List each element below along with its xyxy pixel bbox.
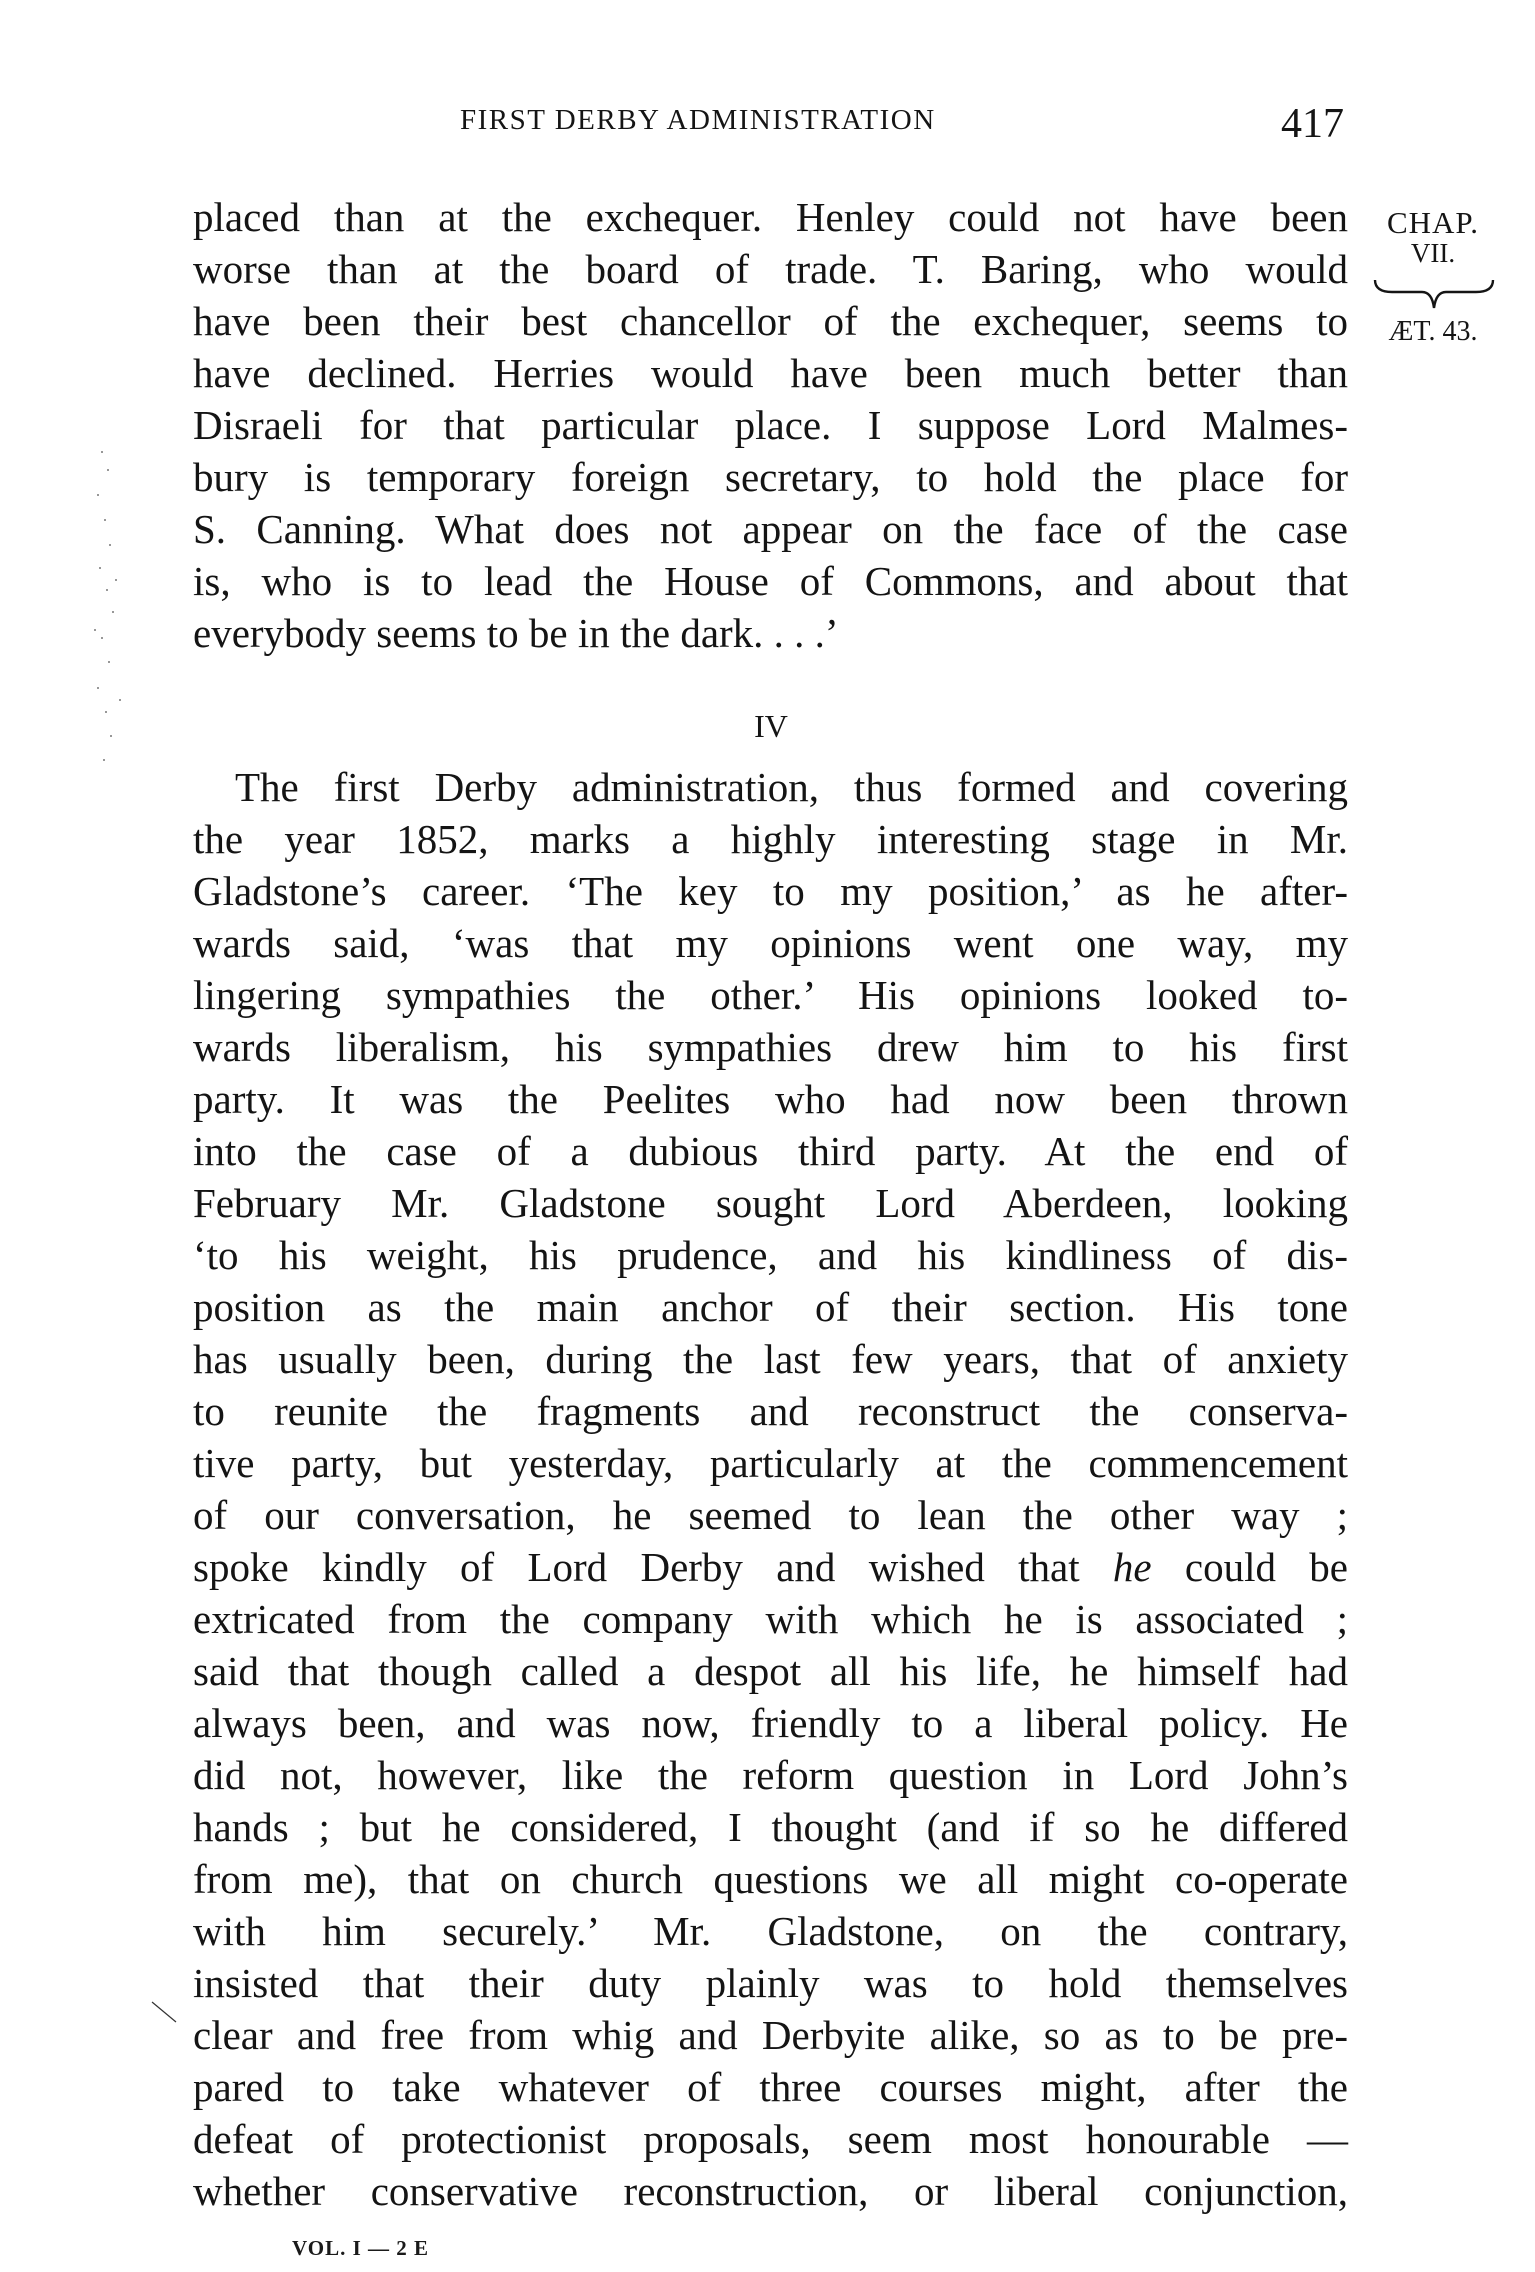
scan-noise: [80, 440, 140, 780]
text-line: Gladstone’s career. ‘The key to my posit…: [193, 865, 1348, 917]
text-line: clear and free from whig and Derbyite al…: [193, 2009, 1348, 2061]
text-line: pared to take whatever of three courses …: [193, 2061, 1348, 2113]
text-line: tive party, but yesterday, particularly …: [193, 1437, 1348, 1489]
text-line: have declined. Herries would have been m…: [193, 347, 1348, 399]
text-line: bury is temporary foreign secretary, to …: [193, 451, 1348, 503]
text-line: from me), that on church questions we al…: [193, 1853, 1348, 1905]
text-line: lingering sympathies the other.’ His opi…: [193, 969, 1348, 1021]
text-line: defeat of protectionist proposals, seem …: [193, 2113, 1348, 2165]
text-segment: could be: [1185, 1544, 1348, 1590]
text-line: placed than at the exchequer. Henley cou…: [193, 191, 1348, 243]
book-page: FIRST DERBY ADMINISTRATION 417 CHAP. VII…: [0, 0, 1535, 2272]
text-line: with him securely.’ Mr. Gladstone, on th…: [193, 1905, 1348, 1957]
text-line: wards said, ‘was that my opinions went o…: [193, 917, 1348, 969]
text-line: whether conservative reconstruction, or …: [193, 2165, 1348, 2217]
italic-emphasis: he: [1113, 1544, 1152, 1590]
text-line: Disraeli for that particular place. I su…: [193, 399, 1348, 451]
text-line: into the case of a dubious third party. …: [193, 1125, 1348, 1177]
text-line: always been, and was now, friendly to a …: [193, 1697, 1348, 1749]
text-line: the year 1852, marks a highly interestin…: [193, 813, 1348, 865]
page-number: 417: [1281, 100, 1344, 148]
text-line: insisted that their duty plainly was to …: [193, 1957, 1348, 2009]
text-line: extricated from the company with which h…: [193, 1593, 1348, 1645]
text-line: did not, however, like the reform questi…: [193, 1749, 1348, 1801]
text-line: to reunite the fragments and reconstruct…: [193, 1385, 1348, 1437]
text-line: worse than at the board of trade. T. Bar…: [193, 243, 1348, 295]
text-line: hands ; but he considered, I thought (an…: [193, 1801, 1348, 1853]
text-line: said that though called a despot all his…: [193, 1645, 1348, 1697]
text-line: wards liberalism, his sympathies drew hi…: [193, 1021, 1348, 1073]
text-line: has usually been, during the last few ye…: [193, 1333, 1348, 1385]
sidenote-chapter: CHAP.: [1370, 205, 1496, 241]
text-line-with-italic: spoke kindly of Lord Derby and wished th…: [193, 1541, 1348, 1593]
text-line: is, who is to lead the House of Commons,…: [193, 555, 1348, 607]
text-line: S. Canning. What does not appear on the …: [193, 503, 1348, 555]
text-line: The first Derby administration, thus for…: [193, 761, 1348, 813]
text-line: have been their best chancellor of the e…: [193, 295, 1348, 347]
brace-icon: [1372, 278, 1496, 314]
printer-signature: VOL. I — 2 E: [292, 2236, 429, 2261]
text-line: everybody seems to be in the dark. . . .…: [193, 607, 1348, 659]
text-line: of our conversation, he seemed to lean t…: [193, 1489, 1348, 1541]
sidenote-chapter-number: VII.: [1370, 238, 1496, 269]
pencil-mark: [150, 2000, 190, 2030]
text-line: ‘to his weight, his prudence, and his ki…: [193, 1229, 1348, 1281]
running-title: FIRST DERBY ADMINISTRATION: [460, 104, 936, 137]
text-line: position as the main anchor of their sec…: [193, 1281, 1348, 1333]
text-line: February Mr. Gladstone sought Lord Aberd…: [193, 1177, 1348, 1229]
text-line: party. It was the Peelites who had now b…: [193, 1073, 1348, 1125]
section-number: IV: [740, 708, 802, 745]
text-segment: spoke kindly of Lord Derby and wished th…: [193, 1544, 1080, 1590]
sidenote-age: ÆT. 43.: [1370, 316, 1496, 348]
